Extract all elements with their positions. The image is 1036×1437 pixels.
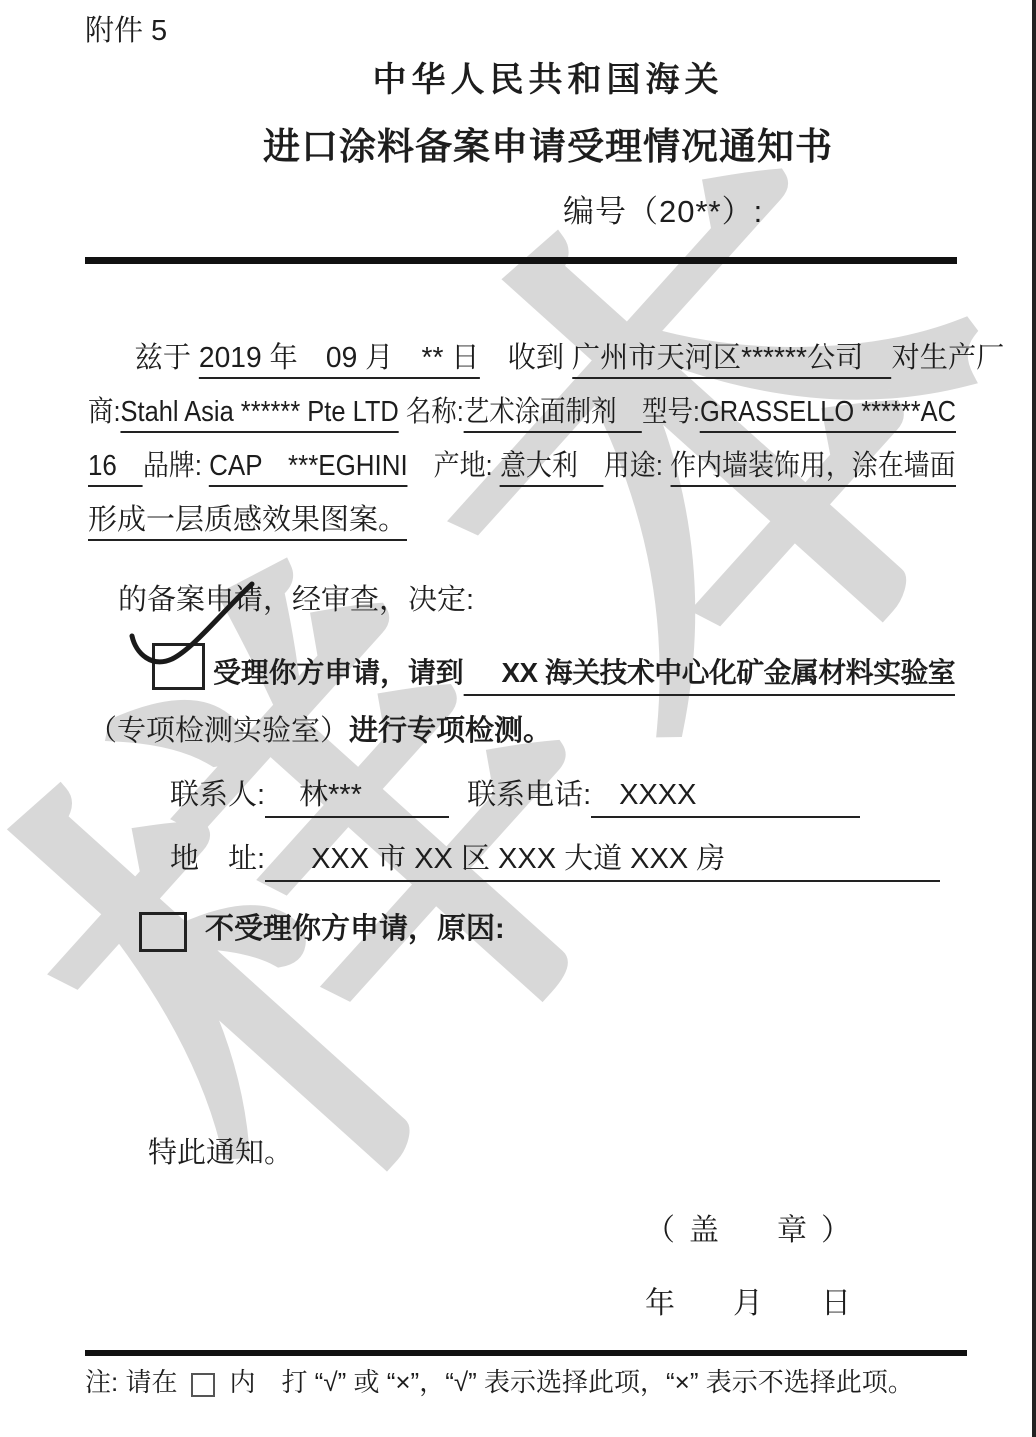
- org-title: 中华人民共和国海关: [30, 52, 1036, 101]
- accept-option-row: 受理你方申请，请到 XX 海关技术中心化矿金属材料实验室: [213, 650, 951, 696]
- paragraph-line-1: 兹于 2019 年 09 月 ** 日 收到 广州市天河区******公司 对生…: [88, 333, 979, 387]
- doc-title: 进口涂料备案申请受理情况通知书: [30, 116, 1036, 170]
- address-label: 地 址:: [170, 836, 265, 882]
- checkbox-glyph-icon: [191, 1373, 215, 1397]
- text-segment: 用途:: [604, 450, 670, 482]
- contact-phone-value: XXXX: [591, 772, 860, 818]
- text-segment: 商:: [88, 396, 121, 428]
- text-segment: 形成一层质感效果图案。: [88, 504, 407, 541]
- text-segment: 2019 年 09 月 ** 日: [199, 342, 480, 379]
- address-row: 地 址: XXX 市 XX 区 XXX 大道 XXX 房: [170, 836, 940, 882]
- text-segment: 意大利: [500, 450, 604, 487]
- text-segment: 型号:: [642, 396, 700, 428]
- contact-person-value: 林***: [265, 772, 449, 818]
- text-segment: 广州市天河区******公司: [572, 342, 892, 379]
- page-edge-line: [1032, 0, 1036, 1437]
- reject-option-label: 不受理你方申请，原因:: [205, 906, 505, 952]
- text-segment: 收到: [479, 342, 571, 374]
- text-segment: Stahl Asia ****** Pte LTD: [121, 396, 399, 433]
- text-segment: 进行专项检测。: [349, 715, 552, 747]
- footer-note: 注: 请在 内 打 “√” 或 “×”，“√” 表示选择此项，“×” 表示不选择…: [85, 1362, 995, 1402]
- text-segment: 产地:: [408, 450, 500, 482]
- paragraph-line-3: 16 品牌: CAP ***EGHINI 产地: 意大利 用途: 作内墙装饰用，…: [88, 441, 865, 495]
- text-segment: GRASSELLO ******AC: [700, 396, 956, 433]
- paragraph-line-4: 形成一层质感效果图案。: [88, 495, 956, 549]
- footer-note-prefix: 注: 请在: [85, 1362, 177, 1402]
- doc-number-label: 编号（20**）:: [563, 186, 763, 231]
- text-segment: 对生产厂: [892, 342, 1005, 374]
- text-segment: 名称:: [399, 396, 464, 428]
- document-page: 附件 5 中华人民共和国海关 进口涂料备案申请受理情况通知书 编号（20**）:…: [0, 0, 1036, 1437]
- date-placeholder: 年 月 日: [645, 1278, 865, 1322]
- reject-checkbox[interactable]: [139, 912, 187, 952]
- address-value: XXX 市 XX 区 XXX 大道 XXX 房: [265, 836, 940, 882]
- accept-option-label: 受理你方申请，请到: [213, 650, 464, 696]
- text-segment: 16: [88, 450, 143, 487]
- paragraph-line-2: 商:Stahl Asia ****** Pte LTD 名称:艺术涂面制剂 型号…: [88, 387, 850, 441]
- footer-note-suffix: 内 打 “√” 或 “×”，“√” 表示选择此项，“×” 表示不选择此项。: [229, 1362, 913, 1402]
- text-segment: 艺术涂面制剂: [464, 396, 642, 433]
- lab-name-underlined: XX 海关技术中心化矿金属材料实验室: [464, 650, 955, 696]
- closing-notice: 特此通知。: [148, 1130, 293, 1171]
- text-segment: 品牌:: [143, 450, 209, 482]
- footer-divider: [85, 1350, 967, 1356]
- seal-placeholder: （盖 章）: [645, 1205, 865, 1249]
- text-segment: 兹于: [135, 342, 199, 374]
- header-divider: [85, 257, 957, 264]
- special-test-note: （专项检测实验室）进行专项检测。: [88, 708, 552, 754]
- contact-phone-label: 联系电话:: [467, 772, 591, 818]
- contact-person-row: 联系人: 林*** 联系电话: XXXX: [170, 772, 860, 818]
- contact-person-label: 联系人:: [170, 772, 265, 818]
- text-segment: （专项检测实验室）: [88, 715, 349, 747]
- text-segment: 作内墙装饰用，涂在墙面: [670, 450, 955, 487]
- text-segment: CAP ***EGHINI: [209, 450, 408, 487]
- attachment-label: 附件 5: [85, 8, 167, 49]
